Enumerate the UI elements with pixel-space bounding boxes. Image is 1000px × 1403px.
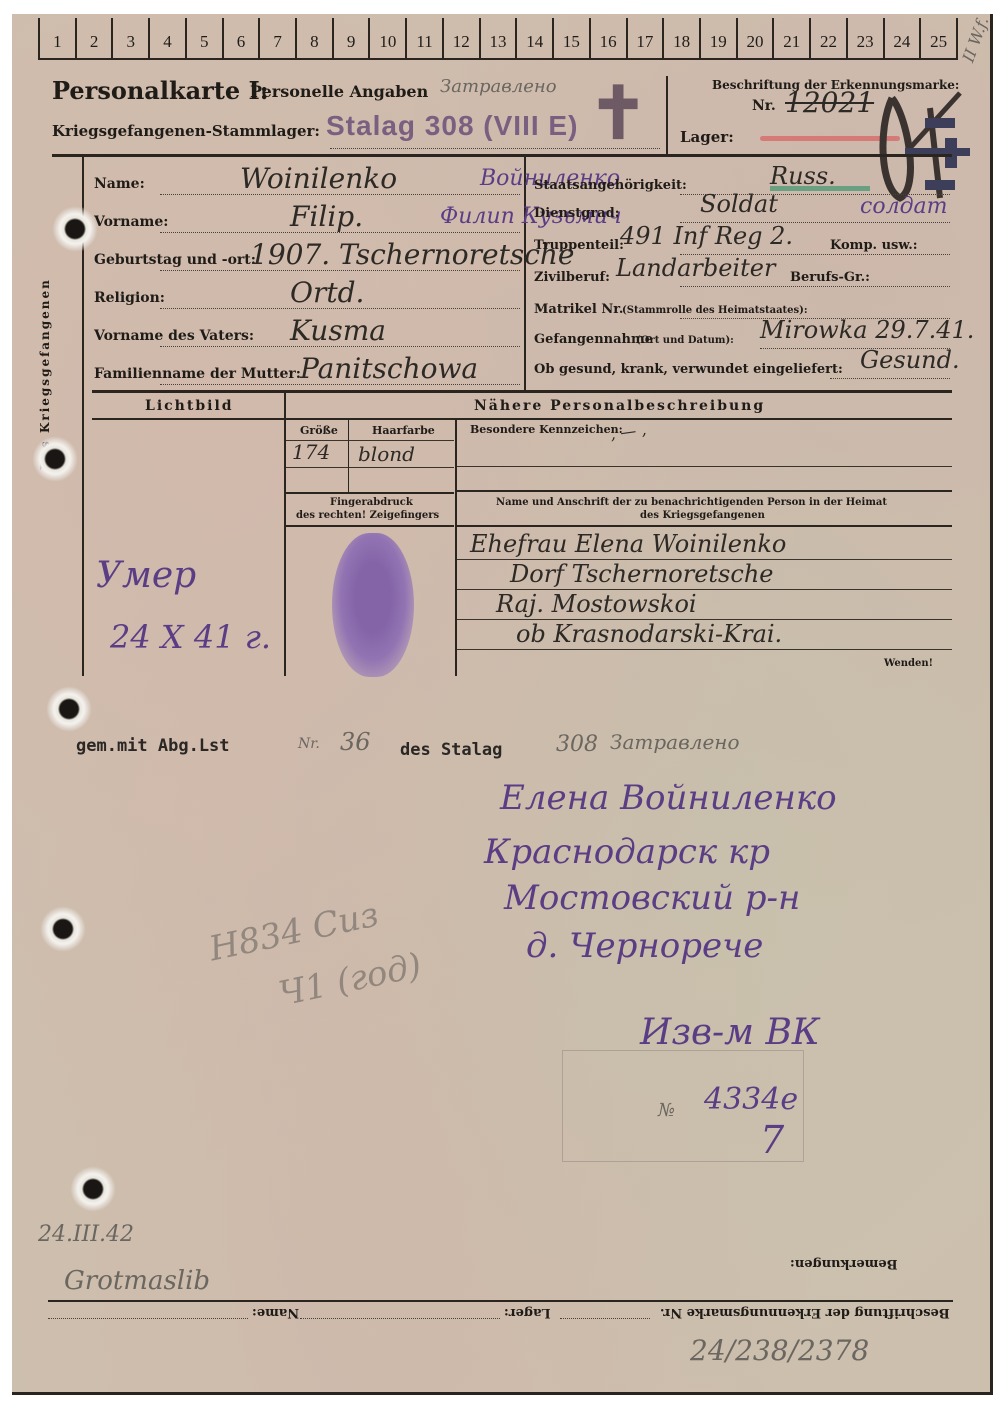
field-label: Vorname des Vaters: <box>94 328 254 344</box>
stamp-no-label: № <box>658 1100 675 1121</box>
punch-hole <box>70 1166 116 1212</box>
strip-cell: 7 <box>258 18 295 60</box>
field-label: Religion: <box>94 290 165 306</box>
punch-hole <box>40 906 86 952</box>
reverse-name-label: Name: <box>252 1305 299 1320</box>
ok-cross-mark-icon <box>870 88 970 208</box>
typed-note-stalag-value: 308 <box>556 732 598 757</box>
field-value: 491 Inf Reg 2. <box>620 222 793 250</box>
strip-cell: 9 <box>332 18 369 60</box>
typed-note-nr-label: Nr. <box>298 736 320 752</box>
field-label: Dienstgrad: <box>534 206 620 221</box>
reverse-tag-label: Beschriftung der Erkennungsmarke Nr. <box>660 1305 950 1320</box>
strip-cell: 12 <box>442 18 479 60</box>
russian-address-line: Елена Войниленко <box>500 778 837 818</box>
camp-stamp: Stalag 308 (VIII E) <box>326 110 578 142</box>
punch-hole <box>46 686 92 732</box>
green-pencil-mark <box>770 186 870 191</box>
next-of-kin-line: ob Krasnodarski-Krai. <box>516 620 782 648</box>
field-label-small: (Ort und Datum): <box>636 335 734 346</box>
strip-cell: 6 <box>222 18 259 60</box>
russian-address-line: Краснодарск кр <box>484 832 770 872</box>
verification-mark: 7 <box>760 1118 784 1162</box>
field-value: Filip. <box>290 200 363 233</box>
hair-label: Haarfarbe <box>372 424 435 437</box>
russian-address-line: д. Чернорече <box>526 926 763 966</box>
field-label: Ob gesund, krank, verwundet eingeliefert… <box>534 362 843 377</box>
strip-cell: 17 <box>626 18 663 60</box>
description-title: Nähere Personalbeschreibung <box>474 398 765 414</box>
strip-cell: 1 <box>38 18 75 60</box>
card-subtitle: Personelle Angaben <box>250 82 428 101</box>
photo-label: Lichtbild <box>145 398 234 414</box>
field-label: Staatsangehörigkeit: <box>534 178 687 193</box>
field-value: 1907. Tschernoretsche <box>250 238 575 271</box>
field-label-small: (Stammrolle des Heimatstaates): <box>622 305 808 316</box>
strip-cell: 2 <box>75 18 112 60</box>
field-value: Ortd. <box>290 276 364 309</box>
height-label: Größe <box>300 424 338 437</box>
field-value: Soldat <box>700 190 778 218</box>
cross-stamp-icon: ✝ <box>588 78 649 150</box>
height-value: 174 <box>292 440 330 464</box>
strip-cell: 16 <box>589 18 626 60</box>
next-of-kin-label-2: des Kriegsgefangenen <box>640 510 765 521</box>
death-note-line-1: Умер <box>96 555 196 596</box>
strip-cell: 25 <box>919 18 958 60</box>
field-label: Matrikel Nr. <box>534 302 623 317</box>
next-of-kin-line: Raj. Mostowskoi <box>496 590 697 618</box>
fingerprint-label-1: Fingerabdruck <box>330 497 413 508</box>
russian-address-line: Мостовский р-н <box>504 878 800 918</box>
field-value: Panitschowa <box>300 352 478 385</box>
archive-number: 24/238/2378 <box>690 1334 869 1367</box>
strip-cell: 20 <box>736 18 773 60</box>
field-label: Name: <box>94 176 145 192</box>
punch-hole <box>32 436 78 482</box>
tag-nr-label: Nr. <box>752 98 776 114</box>
strip-cell: 22 <box>809 18 846 60</box>
death-note-line-2: 24 X 41 г. <box>110 618 271 656</box>
turn-over-label: Wenden! <box>884 658 933 669</box>
field-label: Vorname: <box>94 214 168 230</box>
strip-cell: 14 <box>515 18 552 60</box>
verification-signature: Изв-м ВК <box>640 1012 820 1053</box>
field-label-secondary: Komp. usw.: <box>830 238 918 253</box>
next-of-kin-line: Ehefrau Elena Woinilenko <box>470 530 786 558</box>
typed-note-annotation: Затравлено <box>610 730 740 754</box>
card-title: Personalkarte I: <box>52 76 269 105</box>
field-value: Mirowka 29.7.41. <box>760 316 974 344</box>
field-value: Woinilenko <box>240 162 397 195</box>
strip-cell: 5 <box>185 18 222 60</box>
subtitle-annotation: Затравлено <box>440 76 557 97</box>
strip-cell: 13 <box>479 18 516 60</box>
field-value: Gesund. <box>860 346 960 374</box>
field-label: Zivilberuf: <box>534 270 610 285</box>
typed-note-nr-value: 36 <box>340 728 371 756</box>
field-label-secondary: Berufs-Gr.: <box>790 270 870 285</box>
punch-hole <box>52 206 98 252</box>
typed-note-part1: gem.mit Abg.Lst <box>76 736 230 756</box>
field-label: Familienname der Mutter: <box>94 366 301 382</box>
strip-cell: 11 <box>405 18 442 60</box>
bottom-signature: Grotmaslib <box>64 1266 210 1296</box>
field-value: Kusma <box>290 314 386 347</box>
tag-nr-value: 12021 <box>785 86 874 119</box>
field-annotation: солдат <box>860 194 948 219</box>
fingerprint-label-2: des rechten! Zeigefingers <box>296 510 439 521</box>
number-strip: 1234567891011121314151617181920212223242… <box>38 18 958 60</box>
strip-cell: 3 <box>111 18 148 60</box>
strip-cell: 10 <box>368 18 405 60</box>
typed-note-part2: des Stalag <box>400 740 502 760</box>
strip-cell: 8 <box>295 18 332 60</box>
strip-cell: 21 <box>772 18 809 60</box>
field-label: Truppenteil: <box>534 238 624 253</box>
strip-cell: 4 <box>148 18 185 60</box>
strip-cell: 23 <box>846 18 883 60</box>
field-label: Geburtstag und -ort: <box>94 252 256 268</box>
stamp-no-value: 4334е <box>704 1082 798 1117</box>
remarks-label: Bemerkungen: <box>790 1256 898 1271</box>
lager-label: Lager: <box>680 128 734 146</box>
hair-value: blond <box>358 442 415 466</box>
bottom-date: 24.III.42 <box>38 1222 134 1247</box>
strip-cell: 19 <box>699 18 736 60</box>
strip-cell: 15 <box>552 18 589 60</box>
marks-label: Besondere Kennzeichen: <box>470 423 623 436</box>
strip-cell: 24 <box>883 18 920 60</box>
strip-cell: 18 <box>662 18 699 60</box>
fingerprint-image <box>332 533 414 677</box>
camp-label: Kriegsgefangenen-Stammlager: <box>52 122 320 140</box>
field-value: Landarbeiter <box>616 254 775 282</box>
next-of-kin-line: Dorf Tschernoretsche <box>510 560 773 588</box>
next-of-kin-label-1: Name und Anschrift der zu benachrichtige… <box>496 497 887 508</box>
reverse-lager-label: Lager: <box>504 1305 551 1320</box>
